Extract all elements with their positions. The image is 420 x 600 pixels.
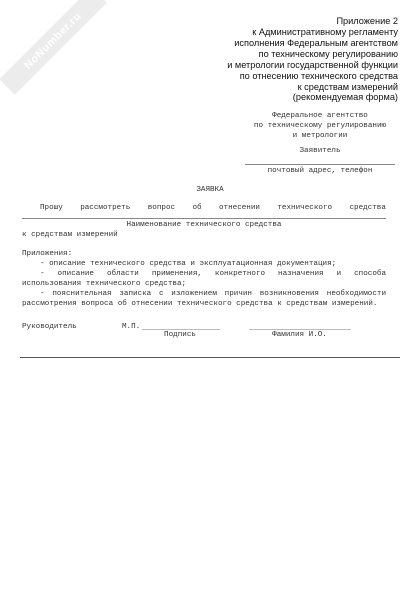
bottom-divider (20, 357, 400, 358)
head-label: Руководитель (22, 322, 77, 332)
request-line: Прошу рассмотреть вопрос об отнесении те… (22, 203, 386, 213)
header-line: по техническому регулированию (138, 49, 398, 60)
recommended-form-note: (рекомендуемая форма) (293, 92, 398, 103)
watermark: NoNumber.ru (0, 0, 107, 95)
addressee-line: Федеральное агентство (245, 111, 395, 121)
appendix-header: Приложение 2 к Административному регламе… (138, 16, 398, 93)
request-word: отнесении (219, 203, 260, 213)
document-title: ЗАЯВКА (0, 185, 420, 195)
header-line: Приложение 2 (138, 16, 398, 27)
addressee-line: по техническому регулированию (245, 121, 395, 131)
request-word: средства (349, 203, 385, 213)
device-name-caption: Наименование технического средства (22, 220, 386, 230)
stamp-label: М.П. (122, 322, 140, 332)
attachment-item: - описание области применения, конкретно… (22, 269, 386, 289)
addressee-block: Федеральное агентство по техническому ре… (245, 111, 395, 141)
applicant-field-line (245, 164, 395, 165)
request-word: Прошу (40, 203, 63, 213)
addressee-line: и метрологии (245, 131, 395, 141)
header-line: и метрологии государственной функции (138, 60, 398, 71)
device-name-continuation: к средствам измерений (22, 230, 118, 240)
device-name-field-line (22, 218, 386, 219)
request-word: технического (277, 203, 332, 213)
attachment-item: - пояснительная записка с изложением при… (22, 289, 386, 309)
name-caption: Фамилия И.О. (248, 330, 351, 340)
header-line: исполнения Федеральным агентством (138, 38, 398, 49)
attachment-item: - описание технического средства и экспл… (22, 259, 386, 269)
attachments-title: Приложения: (22, 249, 72, 259)
attachments-list: - описание технического средства и экспл… (22, 259, 386, 309)
header-line: по отнесению технического средства (138, 71, 398, 82)
header-line: к Административному регламенту (138, 27, 398, 38)
request-word: об (192, 203, 201, 213)
applicant-label: Заявитель (245, 146, 395, 156)
postal-caption: почтовый адрес, телефон (245, 166, 395, 176)
signature-caption: Подпись (140, 330, 220, 340)
request-word: вопрос (148, 203, 175, 213)
request-word: рассмотреть (80, 203, 130, 213)
